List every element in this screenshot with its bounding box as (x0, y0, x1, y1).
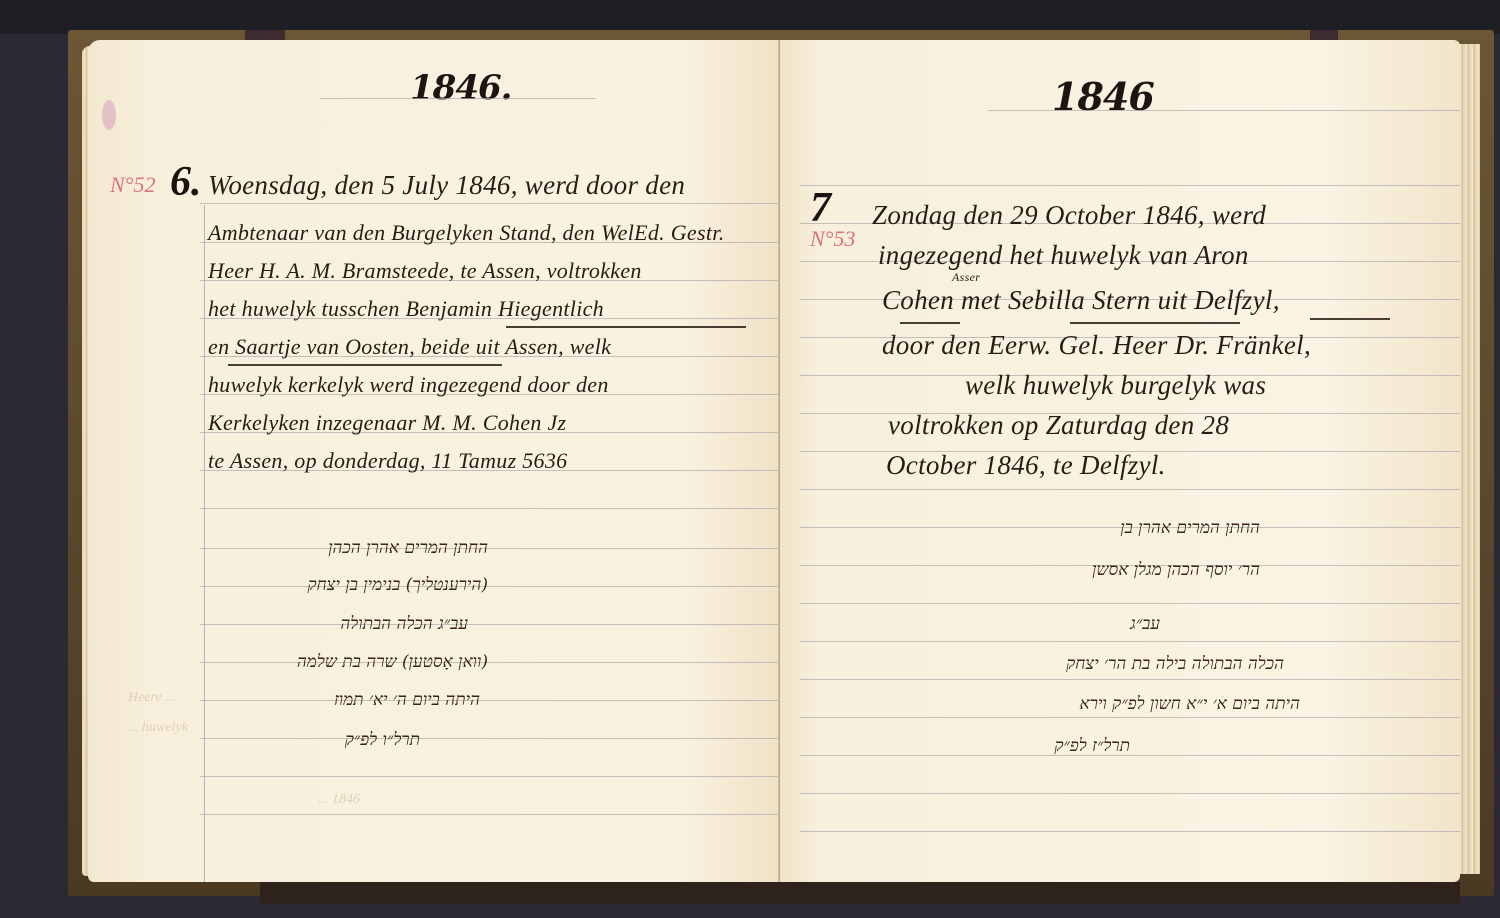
right-page: 1846 7 N°53 Zondag den 29 October 1846, … (780, 40, 1460, 882)
entry-line: ingezegend het huwelyk van Aron (878, 240, 1249, 271)
ruled-line (800, 793, 1460, 794)
entry-line: Heer H. A. M. Bramsteede, te Assen, volt… (208, 258, 642, 284)
entry-line: en Saartje van Oosten, beide uit Assen, … (208, 334, 611, 360)
ruled-line (200, 508, 780, 509)
entry-number: 6. (170, 158, 202, 206)
hebrew-line: היתה ביום א׳ י״א חשון לפ״ק וירא (1079, 694, 1300, 714)
register-number: N°52 (110, 172, 155, 198)
cover-bottom-edge (260, 882, 1460, 904)
name-underline (900, 322, 960, 324)
binding-clip (245, 30, 285, 40)
margin-line (204, 205, 205, 882)
ruled-line (200, 814, 780, 815)
ruled-line (800, 185, 1460, 186)
ruled-line (200, 700, 780, 701)
entry-line: Ambtenaar van den Burgelyken Stand, den … (208, 220, 725, 246)
entry-line: Zondag den 29 October 1846, werd (872, 200, 1266, 231)
ruled-line (800, 717, 1460, 718)
ruled-line (800, 641, 1460, 642)
ruled-line (200, 776, 780, 777)
bleed-through-text: ... huwelyk (128, 720, 188, 736)
entry-line: het huwelyk tusschen Benjamin Hiegentlic… (208, 296, 604, 322)
name-underline (228, 364, 502, 366)
ruled-line (800, 755, 1460, 756)
bleed-through-text: ... 1846 (318, 792, 360, 808)
ruled-line (800, 489, 1460, 490)
ink-stain (102, 100, 116, 130)
register-number: N°53 (810, 226, 855, 252)
entry-line: welk huwelyk burgelyk was (965, 370, 1266, 401)
ruled-line (200, 624, 780, 625)
entry-line: Cohen met Sebilla Stern uit Delfzyl, (882, 285, 1280, 316)
entry-line: huwelyk kerkelyk werd ingezegend door de… (208, 372, 609, 398)
hebrew-line: עב״ג הכלה הבתולה (340, 614, 468, 634)
ruled-line (200, 548, 780, 549)
name-underline (1070, 322, 1240, 324)
hebrew-line: תרל״ו לפ״ק (345, 730, 420, 750)
entry-line: door den Eerw. Gel. Heer Dr. Fränkel, (882, 330, 1311, 361)
hebrew-line: היתה ביום ה׳ יא׳ תמוז (334, 690, 480, 710)
entry-line: voltrokken op Zaturdag den 28 (888, 410, 1229, 441)
year-header: 1846 (1052, 74, 1154, 119)
ruled-line (800, 603, 1460, 604)
entry-line: Woensdag, den 5 July 1846, werd door den (208, 170, 685, 201)
ruled-line (200, 586, 780, 587)
name-underline (506, 326, 746, 328)
hebrew-line: עב״ג (1130, 614, 1160, 634)
hebrew-line: החתן המרים אהרן בן (1120, 518, 1260, 538)
ruled-line (200, 203, 780, 204)
ruled-line (200, 662, 780, 663)
header-rule (988, 110, 1460, 111)
header-rule (320, 98, 596, 99)
hebrew-line: תרל״ז לפ״ק (1054, 736, 1130, 756)
hebrew-line: (הירענטליך) בנימין בן יצחק (307, 575, 488, 595)
left-page: 1846. N°52 6. Woensdag, den 5 July 1846,… (88, 40, 780, 882)
binding-clip (1310, 30, 1338, 40)
hebrew-line: הכלה הבתולה בילה בת הר׳ יצחק (1066, 654, 1284, 674)
entry-number: 7 (810, 184, 831, 232)
entry-line: Kerkelyken inzegenaar M. M. Cohen Jz (208, 410, 566, 436)
name-underline (1310, 318, 1390, 320)
page-stack-right (1458, 44, 1480, 874)
year-header: 1846. (410, 68, 511, 108)
ruled-line (800, 831, 1460, 832)
hebrew-line: החתן המרים אהרן הכהן (328, 538, 488, 558)
background-strip (0, 0, 1500, 34)
entry-line: October 1846, te Delfzyl. (886, 450, 1166, 481)
ruled-line (800, 679, 1460, 680)
bleed-through-text: Heere ... (128, 690, 176, 706)
ruled-line (200, 738, 780, 739)
hebrew-line: הר׳ יוסף הכהן מגלן אסשן (1092, 560, 1260, 580)
interlinear-note: Asser (952, 270, 980, 285)
entry-line: te Assen, op donderdag, 11 Tamuz 5636 (208, 448, 567, 474)
hebrew-line: (וואן אָסטען) שרה בת שלמה (297, 652, 488, 672)
